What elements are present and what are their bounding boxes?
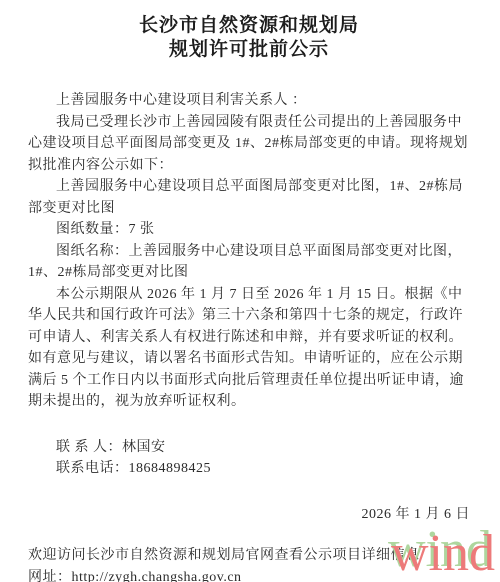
paragraph-public-period: 本公示期限从 2026 年 1 月 7 日至 2026 年 1 月 15 日。根… (28, 284, 470, 413)
footer-block: 欢迎访问长沙市自然资源和规划局官网查看公示项目详细信息 网址：http://zy… (28, 545, 470, 582)
footer-website-line: 网址：http://zygh.changsha.gov.cn (28, 567, 470, 582)
contact-person: 联 系 人：林国安 (28, 437, 470, 459)
paragraph-drawing-count: 图纸数量：7 张 (28, 219, 470, 241)
contact-phone: 联系电话：18684898425 (28, 458, 470, 480)
title-line-1: 长沙市自然资源和规划局 (139, 15, 359, 36)
salutation-line: 上善园服务中心建设项目利害关系人 ： (28, 90, 470, 112)
paragraph-application: 我局已受理长沙市上善园园陵有限责任公司提出的上善园服务中心建设项目总平面图局部变… (28, 112, 470, 177)
footer-welcome-line: 欢迎访问长沙市自然资源和规划局官网查看公示项目详细信息 (28, 545, 470, 567)
paragraph-drawing-names: 图纸名称：上善园服务中心建设项目总平面图局部变更对比图，1#、2#栋局部变更对比… (28, 241, 470, 284)
paragraph-drawings-title: 上善园服务中心建设项目总平面图局部变更对比图，1#、2#栋局部变更对比图 (28, 176, 470, 219)
notice-document: 长沙市自然资源和规划局 规划许可批前公示 上善园服务中心建设项目利害关系人 ： … (0, 0, 500, 582)
contact-block: 联 系 人：林国安 联系电话：18684898425 (28, 437, 470, 480)
notice-body: 上善园服务中心建设项目利害关系人 ： 我局已受理长沙市上善园园陵有限责任公司提出… (28, 90, 470, 413)
issue-date: 2026 年 1 月 6 日 (28, 504, 470, 526)
title-line-2: 规划许可批前公示 (169, 39, 329, 60)
document-title: 长沙市自然资源和规划局 规划许可批前公示 (28, 14, 470, 62)
